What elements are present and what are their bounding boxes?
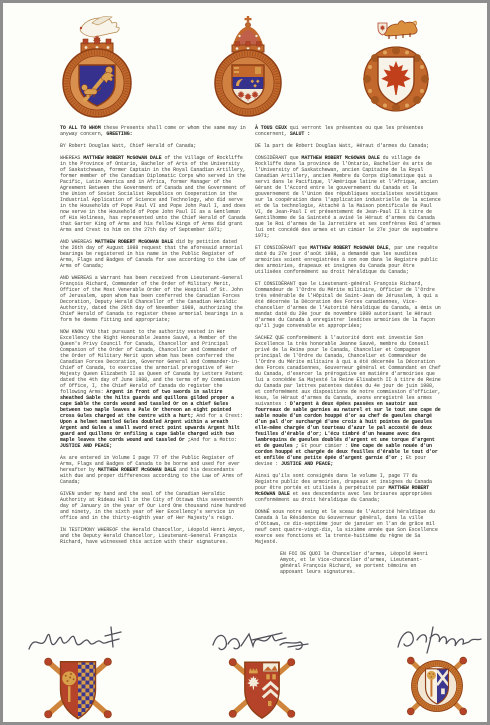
watt-arms-badge-icon (219, 653, 305, 723)
amyot-arms-badge-icon (33, 653, 123, 723)
body-text: And for a Motto: (191, 437, 237, 443)
paragraph: À TOUS CEUX qui verront les présentes ou… (255, 125, 442, 137)
body-text: AND WHEREAS a Warrant has been received … (60, 275, 243, 323)
paragraph: Ainsi qu'ils sont consignés dans le volu… (255, 473, 442, 503)
body-text: DE la part de Robert Douglas Watt, Hérau… (255, 143, 429, 149)
body-text: EN FOI DE QUOI le Chancelier d'armes, Lé… (280, 551, 428, 575)
body-text: of the Village of Rockliffe in the Provi… (60, 155, 246, 233)
body-text: du village de Rockliffe dans la province… (255, 155, 441, 239)
paragraph: AND WHEREAS a Warrant has been received … (60, 275, 247, 323)
body-text: ET CONSIDÉRANT que le Lieutenant-général… (255, 281, 441, 329)
paragraph: As are entered in Volume I page 77 of th… (60, 455, 247, 485)
body-text: GIVEN under my hand and the seal of the … (60, 491, 246, 521)
body-text: BY Robert Douglas Watt, Chief Herald of … (60, 143, 196, 149)
body-text: SACHEZ QUE conformément à l'autorité don… (255, 335, 441, 407)
emphasized-text: JUSTICE AND PEACE; (281, 461, 333, 467)
emphasized-text: JUSTICE AND PEACE; (60, 443, 112, 449)
paragraph: IN TESTIMONY WHEREOF the Herald Chancell… (60, 527, 247, 545)
paragraph: CONSIDÉRANT que MATTHEW ROBERT McGOWAN D… (255, 155, 442, 239)
paragraph: SACHEZ QUE conformément à l'autorité don… (255, 335, 442, 467)
paragraph: GIVEN under my hand and the seal of the … (60, 491, 247, 521)
paragraph: ET CONSIDÉRANT que le Lieutenant-général… (255, 281, 442, 329)
paragraph: NOW KNOW YOU that pursuant to the author… (60, 329, 247, 449)
emphasized-text: D'argent à deux épées passées en sautoir… (255, 401, 441, 449)
heraldic-authority-badge-icon (351, 15, 441, 117)
chief-herald-badge-icon (52, 13, 142, 123)
letters-patent-page: TO ALL TO WHOM these Presents shall come… (0, 0, 490, 725)
paragraph: AND WHEREAS MATTHEW ROBERT McGOWAN DALE … (60, 239, 247, 269)
body-text: IN TESTIMONY WHEREOF the Herald Chancell… (60, 527, 246, 545)
emphasized-text: SALUT : (290, 131, 310, 137)
paragraph: EN FOI DE QUOI le Chancelier d'armes, Lé… (280, 551, 430, 575)
emphasized-text: GREETING: (106, 131, 132, 137)
royal-arms-badge-icon (203, 11, 293, 119)
paragraph: DONNÉ sous notre seing et le sceau de l'… (255, 509, 442, 545)
richard-arms-badge-icon (396, 649, 478, 723)
paragraph: ET CONSIDÉRANT que MATTHEW ROBERT McGOWA… (255, 245, 442, 275)
body-text: NOW KNOW YOU that pursuant to the author… (60, 329, 243, 395)
french-text-column: À TOUS CEUX qui verront les présentes ou… (255, 125, 442, 581)
body-text: DONNÉ sous notre seing et le sceau de l'… (255, 509, 438, 545)
paragraph: DE la part de Robert Douglas Watt, Hérau… (255, 143, 442, 149)
paragraph: TO ALL TO WHOM these Presents shall come… (60, 125, 247, 137)
english-text-column: TO ALL TO WHOM these Presents shall come… (60, 125, 247, 551)
paragraph: WHEREAS MATTHEW ROBERT McGOWAN DALE of t… (60, 155, 247, 233)
paragraph: BY Robert Douglas Watt, Chief Herald of … (60, 143, 247, 149)
